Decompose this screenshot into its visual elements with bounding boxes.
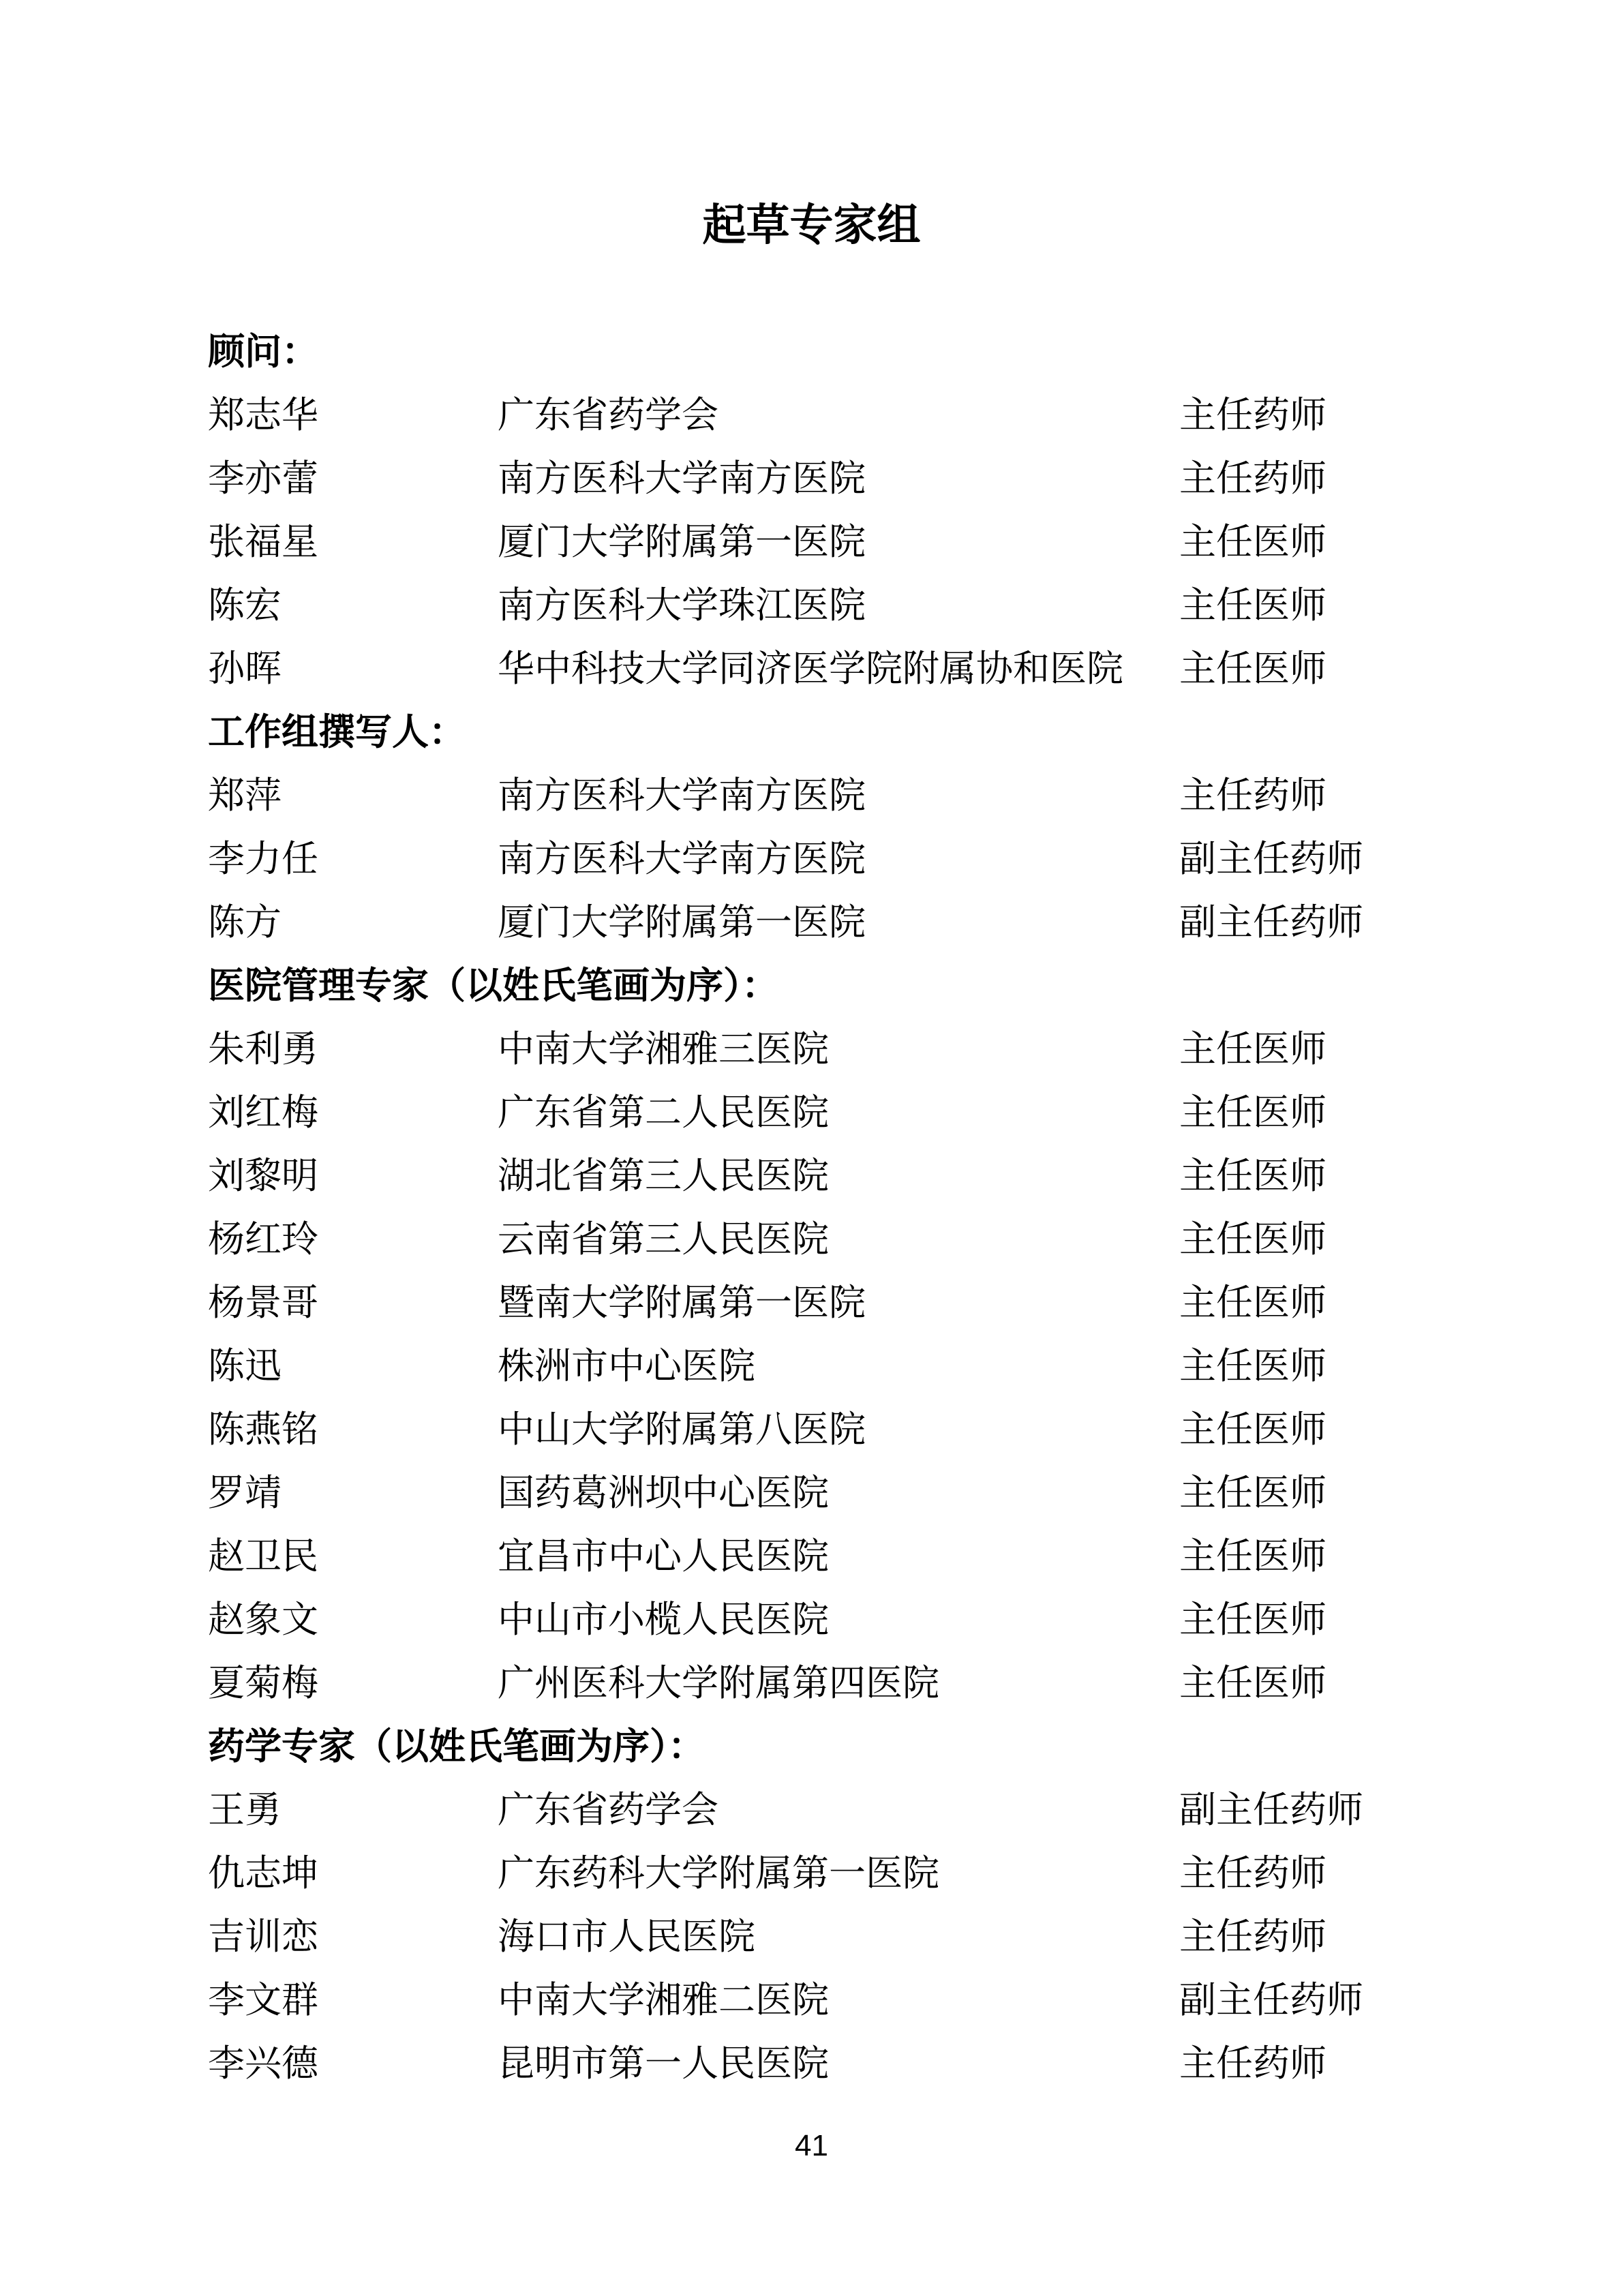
expert-title: 主任医师 bbox=[1179, 1271, 1555, 1335]
expert-row: 刘红梅 广东省第二人民医院 主任医师 bbox=[208, 1081, 1555, 1145]
expert-title: 主任医师 bbox=[1179, 574, 1555, 637]
expert-organization: 宜昌市中心人民医院 bbox=[498, 1525, 1179, 1588]
expert-title: 主任医师 bbox=[1179, 1652, 1555, 1715]
expert-row: 张福星 厦门大学附属第一医院 主任医师 bbox=[208, 511, 1555, 574]
expert-title: 主任药师 bbox=[1179, 2032, 1555, 2096]
expert-title: 副主任药师 bbox=[1179, 1779, 1555, 1842]
expert-name: 刘黎明 bbox=[208, 1145, 498, 1208]
expert-organization: 暨南大学附属第一医院 bbox=[498, 1271, 1179, 1335]
page-number: 41 bbox=[0, 2126, 1623, 2166]
expert-title: 主任医师 bbox=[1179, 1081, 1555, 1145]
expert-name: 吉训恋 bbox=[208, 1905, 498, 1969]
expert-row: 孙晖 华中科技大学同济医学院附属协和医院 主任医师 bbox=[208, 637, 1555, 701]
expert-title: 主任药师 bbox=[1179, 384, 1555, 447]
expert-name: 朱利勇 bbox=[208, 1018, 498, 1081]
expert-title: 主任药师 bbox=[1179, 764, 1555, 828]
expert-row: 夏菊梅 广州医科大学附属第四医院 主任医师 bbox=[208, 1652, 1555, 1715]
expert-name: 赵象文 bbox=[208, 1588, 498, 1652]
expert-row: 陈燕铭 中山大学附属第八医院 主任医师 bbox=[208, 1398, 1555, 1462]
expert-name: 陈燕铭 bbox=[208, 1398, 498, 1462]
expert-title: 主任医师 bbox=[1179, 1208, 1555, 1271]
expert-row: 仇志坤 广东药科大学附属第一医院 主任药师 bbox=[208, 1842, 1555, 1905]
section-heading: 工作组撰写人： bbox=[208, 701, 1555, 764]
expert-section: 工作组撰写人： 郑萍 南方医科大学南方医院 主任药师 李力任 南方医科大学南方医… bbox=[208, 701, 1555, 954]
expert-section: 药学专家（以姓氏笔画为序）： 王勇 广东省药学会 副主任药师 仇志坤 广东药科大… bbox=[208, 1715, 1555, 2096]
expert-title: 主任医师 bbox=[1179, 1335, 1555, 1398]
expert-name: 赵卫民 bbox=[208, 1525, 498, 1588]
expert-organization: 广东省药学会 bbox=[498, 1779, 1179, 1842]
expert-list: 顾问： 郑志华 广东省药学会 主任药师 李亦蕾 南方医科大学南方医院 主任药师 … bbox=[208, 320, 1555, 2096]
expert-name: 郑萍 bbox=[208, 764, 498, 828]
expert-row: 李兴德 昆明市第一人民医院 主任药师 bbox=[208, 2032, 1555, 2096]
expert-name: 郑志华 bbox=[208, 384, 498, 447]
expert-title: 主任医师 bbox=[1179, 637, 1555, 701]
expert-row: 杨红玲 云南省第三人民医院 主任医师 bbox=[208, 1208, 1555, 1271]
expert-organization: 广东省第二人民医院 bbox=[498, 1081, 1179, 1145]
expert-row: 陈迅 株洲市中心医院 主任医师 bbox=[208, 1335, 1555, 1398]
expert-organization: 海口市人民医院 bbox=[498, 1905, 1179, 1969]
expert-organization: 厦门大学附属第一医院 bbox=[498, 891, 1179, 954]
expert-organization: 广东省药学会 bbox=[498, 384, 1179, 447]
expert-title: 主任医师 bbox=[1179, 1398, 1555, 1462]
expert-row: 陈宏 南方医科大学珠江医院 主任医师 bbox=[208, 574, 1555, 637]
expert-name: 李兴德 bbox=[208, 2032, 498, 2096]
expert-organization: 南方医科大学南方医院 bbox=[498, 447, 1179, 511]
expert-row: 杨景哥 暨南大学附属第一医院 主任医师 bbox=[208, 1271, 1555, 1335]
expert-name: 杨景哥 bbox=[208, 1271, 498, 1335]
expert-title: 主任医师 bbox=[1179, 511, 1555, 574]
expert-section: 顾问： 郑志华 广东省药学会 主任药师 李亦蕾 南方医科大学南方医院 主任药师 … bbox=[208, 320, 1555, 701]
expert-organization: 南方医科大学南方医院 bbox=[498, 764, 1179, 828]
expert-organization: 中南大学湘雅三医院 bbox=[498, 1018, 1179, 1081]
expert-row: 郑萍 南方医科大学南方医院 主任药师 bbox=[208, 764, 1555, 828]
expert-name: 杨红玲 bbox=[208, 1208, 498, 1271]
expert-name: 李文群 bbox=[208, 1969, 498, 2032]
expert-title: 主任药师 bbox=[1179, 1842, 1555, 1905]
expert-title: 副主任药师 bbox=[1179, 891, 1555, 954]
expert-row: 罗靖 国药葛洲坝中心医院 主任医师 bbox=[208, 1462, 1555, 1525]
expert-organization: 广东药科大学附属第一医院 bbox=[498, 1842, 1179, 1905]
expert-name: 李亦蕾 bbox=[208, 447, 498, 511]
expert-name: 张福星 bbox=[208, 511, 498, 574]
expert-organization: 中山市小榄人民医院 bbox=[498, 1588, 1179, 1652]
expert-title: 主任医师 bbox=[1179, 1588, 1555, 1652]
section-heading: 药学专家（以姓氏笔画为序）： bbox=[208, 1715, 1555, 1779]
section-heading: 医院管理专家（以姓氏笔画为序）： bbox=[208, 954, 1555, 1018]
expert-name: 夏菊梅 bbox=[208, 1652, 498, 1715]
expert-title: 主任药师 bbox=[1179, 447, 1555, 511]
expert-row: 赵卫民 宜昌市中心人民医院 主任医师 bbox=[208, 1525, 1555, 1588]
expert-organization: 广州医科大学附属第四医院 bbox=[498, 1652, 1179, 1715]
expert-organization: 昆明市第一人民医院 bbox=[498, 2032, 1179, 2096]
expert-section: 医院管理专家（以姓氏笔画为序）： 朱利勇 中南大学湘雅三医院 主任医师 刘红梅 … bbox=[208, 954, 1555, 1715]
expert-row: 李力任 南方医科大学南方医院 副主任药师 bbox=[208, 828, 1555, 891]
expert-row: 吉训恋 海口市人民医院 主任药师 bbox=[208, 1905, 1555, 1969]
page-title: 起草专家组 bbox=[0, 203, 1623, 248]
expert-name: 陈宏 bbox=[208, 574, 498, 637]
expert-row: 王勇 广东省药学会 副主任药师 bbox=[208, 1779, 1555, 1842]
expert-name: 陈迅 bbox=[208, 1335, 498, 1398]
expert-organization: 湖北省第三人民医院 bbox=[498, 1145, 1179, 1208]
expert-row: 李文群 中南大学湘雅二医院 副主任药师 bbox=[208, 1969, 1555, 2032]
expert-name: 仇志坤 bbox=[208, 1842, 498, 1905]
expert-title: 主任药师 bbox=[1179, 1905, 1555, 1969]
expert-organization: 云南省第三人民医院 bbox=[498, 1208, 1179, 1271]
expert-title: 主任医师 bbox=[1179, 1018, 1555, 1081]
expert-row: 陈方 厦门大学附属第一医院 副主任药师 bbox=[208, 891, 1555, 954]
expert-organization: 国药葛洲坝中心医院 bbox=[498, 1462, 1179, 1525]
expert-name: 罗靖 bbox=[208, 1462, 498, 1525]
expert-organization: 中山大学附属第八医院 bbox=[498, 1398, 1179, 1462]
expert-organization: 株洲市中心医院 bbox=[498, 1335, 1179, 1398]
expert-title: 副主任药师 bbox=[1179, 828, 1555, 891]
expert-row: 李亦蕾 南方医科大学南方医院 主任药师 bbox=[208, 447, 1555, 511]
expert-name: 李力任 bbox=[208, 828, 498, 891]
expert-row: 郑志华 广东省药学会 主任药师 bbox=[208, 384, 1555, 447]
expert-name: 陈方 bbox=[208, 891, 498, 954]
expert-title: 副主任药师 bbox=[1179, 1969, 1555, 2032]
expert-name: 刘红梅 bbox=[208, 1081, 498, 1145]
expert-row: 赵象文 中山市小榄人民医院 主任医师 bbox=[208, 1588, 1555, 1652]
expert-organization: 南方医科大学南方医院 bbox=[498, 828, 1179, 891]
expert-organization: 南方医科大学珠江医院 bbox=[498, 574, 1179, 637]
section-heading: 顾问： bbox=[208, 320, 1555, 384]
expert-organization: 中南大学湘雅二医院 bbox=[498, 1969, 1179, 2032]
expert-organization: 华中科技大学同济医学院附属协和医院 bbox=[498, 637, 1179, 701]
expert-organization: 厦门大学附属第一医院 bbox=[498, 511, 1179, 574]
expert-name: 孙晖 bbox=[208, 637, 498, 701]
expert-name: 王勇 bbox=[208, 1779, 498, 1842]
expert-title: 主任医师 bbox=[1179, 1525, 1555, 1588]
expert-row: 刘黎明 湖北省第三人民医院 主任医师 bbox=[208, 1145, 1555, 1208]
expert-title: 主任医师 bbox=[1179, 1145, 1555, 1208]
document-page: 起草专家组 顾问： 郑志华 广东省药学会 主任药师 李亦蕾 南方医科大学南方医院… bbox=[0, 0, 1623, 2296]
expert-row: 朱利勇 中南大学湘雅三医院 主任医师 bbox=[208, 1018, 1555, 1081]
expert-title: 主任医师 bbox=[1179, 1462, 1555, 1525]
